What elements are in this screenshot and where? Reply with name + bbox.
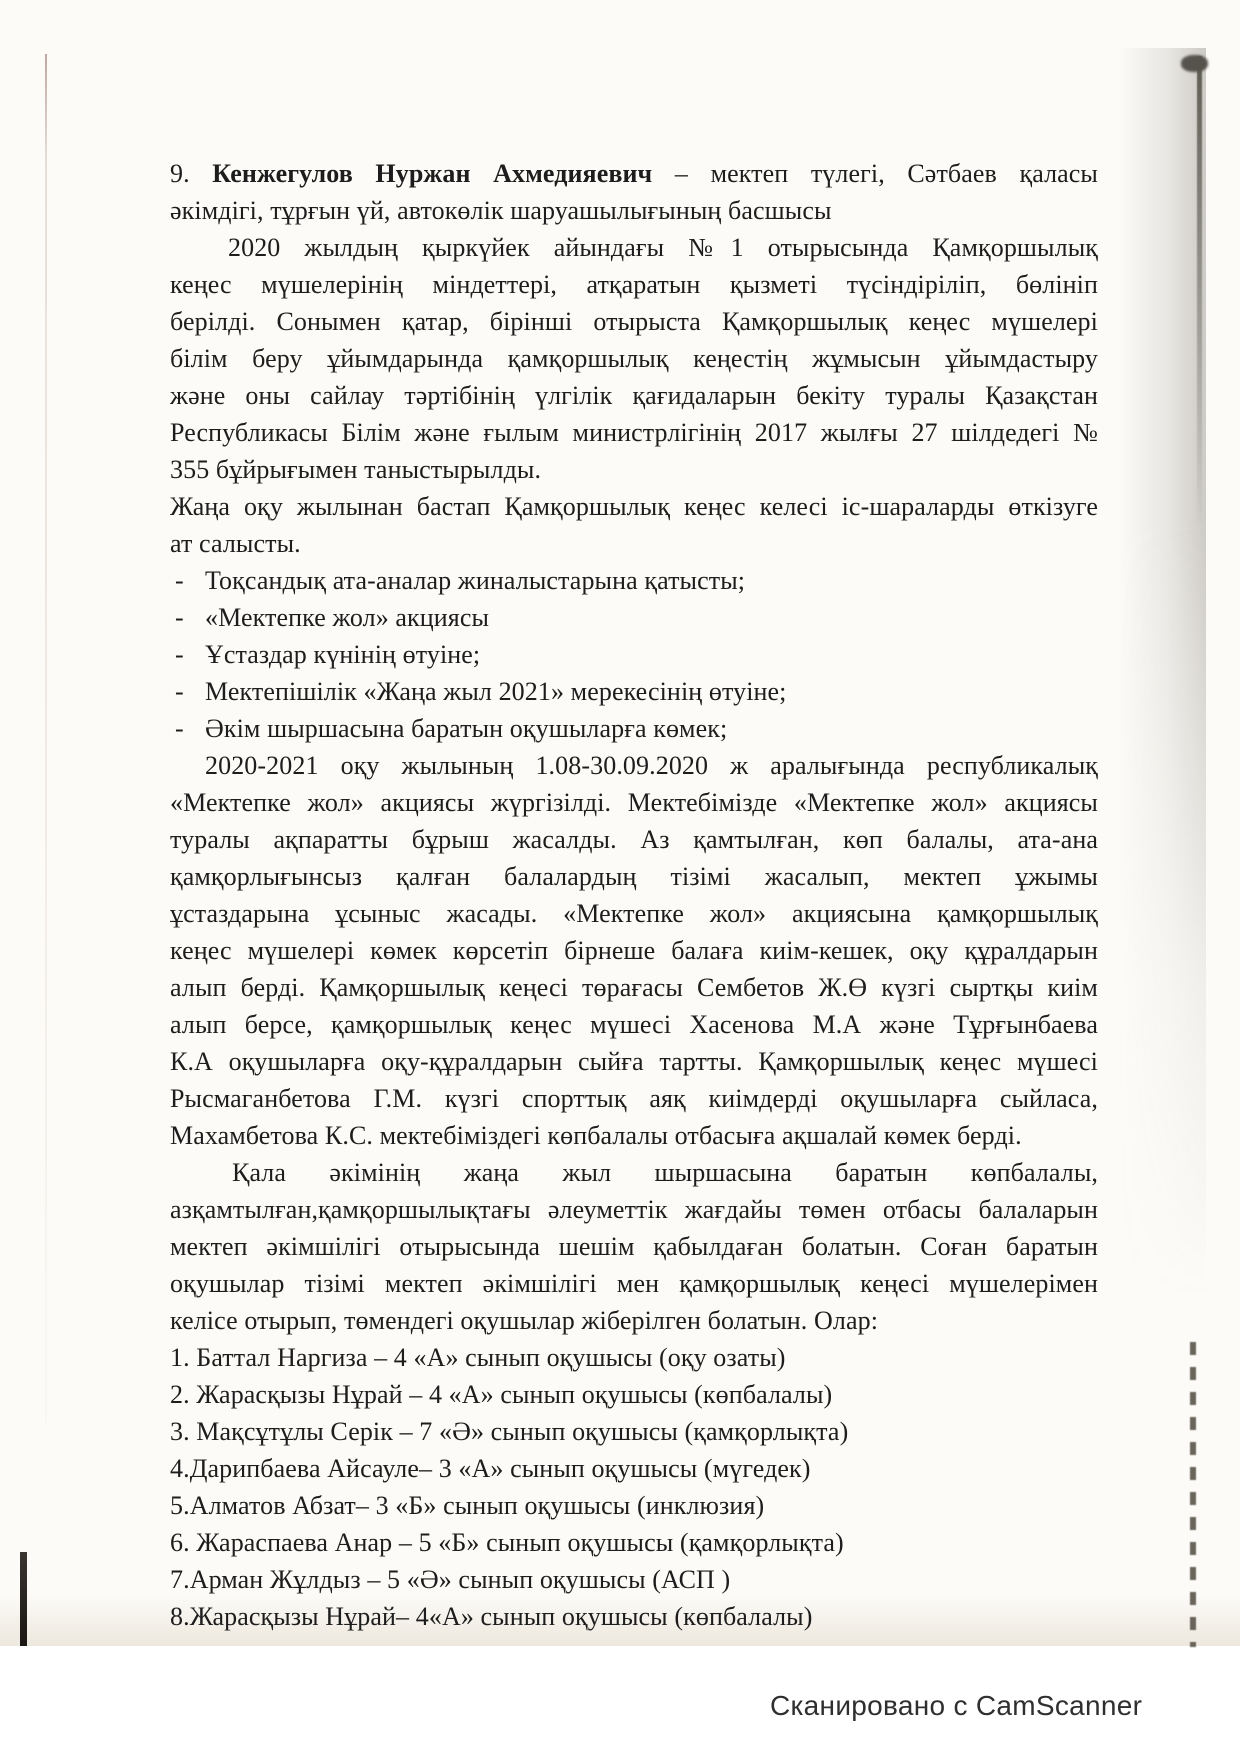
text-line: ат салысты. (170, 525, 1098, 562)
bullet-text: Әкім шыршасына баратын оқушыларға көмек; (205, 714, 727, 743)
bullet-line: -Мектепішілік «Жаңа жыл 2021» мерекесіні… (170, 673, 1098, 710)
text-line: келісе отырып, төмендегі оқушылар жібері… (170, 1302, 1098, 1339)
bullet-line: -«Мектепке жол» акциясы (170, 599, 1098, 636)
right-edge-shadow (1118, 48, 1206, 1298)
text-line: кеңес мүшелері көмек көрсетіп бірнеше ба… (170, 932, 1098, 969)
numbered-item-line: 3. Мақсұтұлы Серік – 7 «Ә» сынып оқушысы… (170, 1413, 1098, 1450)
bullet-text: «Мектепке жол» акциясы (205, 603, 489, 632)
text-line: туралы ақпаратты бұрыш жасалды. Аз қамты… (170, 821, 1098, 858)
bullet-text: Ұстаздар күнінің өтуіне; (205, 640, 480, 669)
bullet-text: Тоқсандық ата-аналар жиналыстарына қатыс… (205, 566, 745, 595)
heading-line: әкімдігі, тұрғын үй, автокөлік шаруашылы… (170, 192, 1098, 229)
text-line: оқушылар тізімі мектеп әкімшілігі мен қа… (170, 1265, 1098, 1302)
text-line: қамқорлығынсыз қалған балалардың тізімі … (170, 858, 1098, 895)
bullet-line: -Әкім шыршасына баратын оқушыларға көмек… (170, 710, 1098, 747)
right-edge-line (1197, 56, 1202, 526)
text-line: 2020-2021 оқу жылының 1.08-30.09.2020 ж … (170, 747, 1098, 784)
text-line: Рысмаганбетова Г.М. күзгі спорттық аяқ к… (170, 1080, 1098, 1117)
numbered-item-line: 2. Жарасқызы Нұрай – 4 «А» сынып оқушысы… (170, 1376, 1098, 1413)
numbered-item-line: 6. Жараспаева Анар – 5 «Б» сынып оқушысы… (170, 1524, 1098, 1561)
bullet-dash-icon: - (170, 562, 205, 599)
document-text: 9. Кенжегулов Нуржан Ахмедияевич – мекте… (170, 155, 1098, 1635)
numbered-item-line: 8.Жарасқызы Нұрай– 4«А» сынып оқушысы (к… (170, 1598, 1098, 1635)
crease-mark (45, 54, 47, 1424)
numbered-item-line: 5.Алматов Абзат– 3 «Б» сынып оқушысы (ин… (170, 1487, 1098, 1524)
text-line: Махамбетова К.С. мектебіміздегі көпбалал… (170, 1117, 1098, 1154)
numbered-item-line: 7.Арман Жұлдыз – 5 «Ә» сынып оқушысы (АС… (170, 1561, 1098, 1598)
scratch-mark (20, 1552, 27, 1646)
bullet-dash-icon: - (170, 710, 205, 747)
heading-text: 9. (170, 159, 212, 188)
text-line: мектеп әкімшілігі отырысында шешім қабыл… (170, 1228, 1098, 1265)
text-line: Республикасы Білім және ғылым министрліг… (170, 414, 1098, 451)
text-line: К.А оқушыларға оқу-құралдарын сыйға тарт… (170, 1043, 1098, 1080)
bullet-text: Мектепішілік «Жаңа жыл 2021» мерекесінің… (205, 677, 787, 706)
bullet-line: -Тоқсандық ата-аналар жиналыстарына қаты… (170, 562, 1098, 599)
scan-blob-top-right (1181, 55, 1208, 72)
text-line: алып берсе, қамқоршылық кеңес мүшесі Хас… (170, 1006, 1098, 1043)
text-line: берілді. Сонымен қатар, бірінші отырыста… (170, 303, 1098, 340)
camscanner-watermark: Сканировано с CamScanner (770, 1690, 1142, 1722)
numbered-item-line: 1. Баттал Наргиза – 4 «А» сынып оқушысы … (170, 1339, 1098, 1376)
bullet-line: -Ұстаздар күнінің өтуіне; (170, 636, 1098, 673)
heading-text: – мектеп түлегі, Сәтбаев қаласы (652, 159, 1098, 188)
heading-bold-text: Кенжегулов Нуржан Ахмедияевич (212, 159, 652, 188)
text-line: және оны сайлау тәртібінің үлгілік қағид… (170, 377, 1098, 414)
text-line: Қала әкімінің жаңа жыл шыршасына баратын… (170, 1154, 1098, 1191)
numbered-item-line: 4.Дарипбаева Айсауле– 3 «А» сынып оқушыс… (170, 1450, 1098, 1487)
bullet-dash-icon: - (170, 599, 205, 636)
text-line: 2020 жылдың қыркүйек айындағы №1 отырысы… (170, 229, 1098, 266)
text-line: азқамтылған,қамқоршылықтағы әлеуметтік ж… (170, 1191, 1098, 1228)
text-line: ұстаздарына ұсыныс жасады. «Мектепке жол… (170, 895, 1098, 932)
text-line: білім беру ұйымдарында қамқоршылық кеңес… (170, 340, 1098, 377)
text-line: кеңес мүшелерінің міндеттері, атқаратын … (170, 266, 1098, 303)
text-line: 355 бұйрығымен таныстырылды. (170, 451, 1098, 488)
text-line: Жаңа оқу жылынан бастап Қамқоршылық кеңе… (170, 488, 1098, 525)
bullet-dash-icon: - (170, 636, 205, 673)
text-line: алып берді. Қамқоршылық кеңесі төрағасы … (170, 969, 1098, 1006)
bullet-dash-icon: - (170, 673, 205, 710)
page-scan: 9. Кенжегулов Нуржан Ахмедияевич – мекте… (0, 0, 1240, 1646)
text-line: «Мектепке жол» акциясы жүргізілді. Мекте… (170, 784, 1098, 821)
torn-edge-marks (1190, 1342, 1196, 1647)
heading-line: 9. Кенжегулов Нуржан Ахмедияевич – мекте… (170, 155, 1098, 192)
